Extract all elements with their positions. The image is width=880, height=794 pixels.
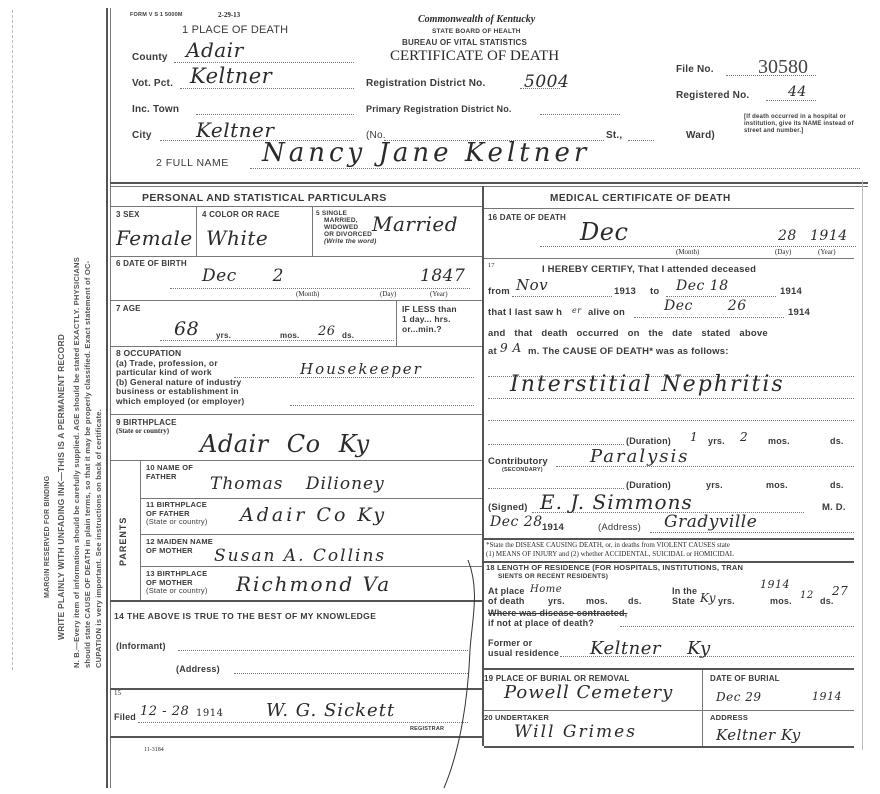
color-value: White xyxy=(206,226,268,250)
full-name-label: 2 FULL NAME xyxy=(156,157,229,169)
sex-value: Female xyxy=(116,226,193,250)
primary-reg-label: Primary Registration District No. xyxy=(366,104,512,114)
father-label: 10 NAME OF FATHER xyxy=(146,464,193,481)
mother-value: Susan A. Collins xyxy=(214,546,386,566)
full-name-line xyxy=(250,168,860,169)
in-state-label-line-2: State xyxy=(672,596,697,606)
contributory-value: Paralysis xyxy=(590,446,690,467)
burial-date-divider xyxy=(702,670,703,746)
medical-heading: MEDICAL CERTIFICATE OF DEATH xyxy=(550,193,731,204)
filed-year: 1914 xyxy=(196,708,223,719)
file-no-value: 30580 xyxy=(758,56,808,79)
dob-line xyxy=(170,288,470,289)
in-state-label: In the State xyxy=(672,586,697,606)
undertaker-address-label: ADDRESS xyxy=(710,713,748,722)
ward-line xyxy=(628,140,654,141)
alive-on-label: alive on xyxy=(588,307,625,318)
ward-label: Ward) xyxy=(686,130,715,141)
from-value: Nov xyxy=(516,276,548,294)
mother-label-line-2: OF MOTHER xyxy=(146,547,213,556)
burial-date-value: Dec 29 xyxy=(716,690,762,704)
physician-address-label: (Address) xyxy=(598,522,641,533)
row-rule-father xyxy=(140,498,482,499)
signed-year: 1914 xyxy=(542,522,564,533)
color-marital-divider xyxy=(312,206,313,256)
to-label: to xyxy=(650,286,659,297)
duration-2-ds-caption: ds. xyxy=(830,480,844,490)
at-label: at xyxy=(488,346,497,357)
filed-line xyxy=(138,722,468,723)
row-rule-dob xyxy=(110,300,482,301)
birthplace-value: Adair Co Ky xyxy=(200,430,370,458)
row-rule-signed xyxy=(484,538,854,540)
at-place-mos: mos. xyxy=(586,596,608,606)
secondary-label: (SECONDARY) xyxy=(502,467,543,473)
from-year: 1913 xyxy=(614,286,636,297)
father-birthplace-value: Adair Co Ky xyxy=(240,504,387,526)
row-rule-age xyxy=(110,346,482,347)
row-rule-occupation xyxy=(110,414,482,415)
medical-heading-rule xyxy=(484,208,854,209)
contracted-label: Where was disease contracted, if not at … xyxy=(488,608,627,628)
hospital-note: [If death occurred in a hospital or inst… xyxy=(744,114,854,135)
occupation-b-line xyxy=(290,405,474,406)
stray-pen-line xyxy=(440,560,500,790)
registrar-signature: W. G. Sickett xyxy=(266,700,395,721)
age-years: 68 xyxy=(174,318,199,340)
margin-instructions-line-1: N. B.—Every item of information should b… xyxy=(72,257,81,668)
duration-mos-caption: mos. xyxy=(768,436,790,446)
father-value: Thomas Dilioney xyxy=(210,474,385,494)
right-border xyxy=(862,180,863,750)
footnote-line-2: (1) MEANS OF INJURY and (2) whether ACCI… xyxy=(486,550,734,559)
in-state-mos-caption: mos. xyxy=(770,596,792,606)
dod-day-caption: (Day) xyxy=(775,248,791,256)
in-state-mos: 12 xyxy=(800,590,814,601)
margin-instructions-line-2: should state CAUSE OF DEATH in plain ter… xyxy=(83,261,92,668)
from-line xyxy=(512,296,612,297)
margin-instructions-line-3: CUPATION is very important. See instruct… xyxy=(94,409,103,668)
binding-margin: MARGIN RESERVED FOR BINDING WRITE PLAINL… xyxy=(0,0,108,794)
address-line xyxy=(234,673,468,674)
dod-year: 1914 xyxy=(810,228,848,244)
bureau-heading: BUREAU OF VITAL STATISTICS xyxy=(402,38,527,47)
former-residence-value: Keltner Ky xyxy=(590,638,711,659)
dob-year: 1847 xyxy=(420,266,465,286)
duration-yrs-caption: yrs. xyxy=(708,436,725,446)
marital-label-divorced: OR DIVORCED xyxy=(316,231,377,238)
primary-reg-line xyxy=(540,114,620,115)
at-time: 9 A xyxy=(500,341,522,355)
parents-label: PARENTS xyxy=(118,517,128,566)
mother-birthplace-label: 13 BIRTHPLACE OF MOTHER (State or countr… xyxy=(146,570,208,596)
filed-number: 15 xyxy=(114,689,121,697)
county-value: Adair xyxy=(186,38,244,62)
duration-label: (Duration) xyxy=(626,436,671,446)
file-no-label: File No. xyxy=(676,64,714,75)
alive-on-value: Dec 26 xyxy=(664,298,747,314)
address-label: (Address) xyxy=(176,664,220,674)
duration-ds-caption: ds. xyxy=(830,436,844,446)
dod-year-caption: (Year) xyxy=(818,248,836,256)
in-state-yrs-caption: yrs. xyxy=(718,596,735,606)
margin-dashed-line xyxy=(12,10,13,670)
at-place-ds: ds. xyxy=(628,596,642,606)
duration-years: 1 xyxy=(690,430,698,444)
duration-months: 2 xyxy=(740,430,748,444)
row-rule-informant xyxy=(110,688,482,690)
birthplace-sublabel: (State or country) xyxy=(116,427,169,435)
father-bp-label-line-3: (State or country) xyxy=(146,518,208,527)
md-label: M. D. xyxy=(822,502,846,513)
occurred-text: and that death occurred on the date stat… xyxy=(488,328,768,339)
left-border xyxy=(106,8,108,788)
cert-number: 17 xyxy=(488,262,495,269)
duration-line-1 xyxy=(488,444,624,445)
margin-reserved-text: MARGIN RESERVED FOR BINDING xyxy=(44,476,51,598)
dob-label: 6 DATE OF BIRTH xyxy=(116,259,187,268)
last-saw-her: er xyxy=(572,306,582,315)
full-name-value: Nancy Jane Keltner xyxy=(262,138,590,168)
father-label-line-2: FATHER xyxy=(146,473,193,482)
age-mos-caption: mos. xyxy=(280,331,299,340)
duration-2-yrs-caption: yrs. xyxy=(706,480,723,490)
in-state-year: 1914 xyxy=(760,578,790,591)
burial-place-value: Powell Cemetery xyxy=(504,682,673,703)
row-rule-burial xyxy=(484,710,854,711)
occupation-b-line-3: which employed (or employer) xyxy=(116,397,244,407)
parents-divider xyxy=(140,460,141,600)
inc-town-line xyxy=(196,114,354,115)
dod-day: 28 xyxy=(778,228,797,244)
physician-signature: E. J. Simmons xyxy=(540,490,693,514)
at-place-yrs: yrs. xyxy=(548,596,565,606)
printer-number: 11-3184 xyxy=(144,747,164,753)
reg-district-label: Registration District No. xyxy=(366,78,485,89)
full-name-divider-2 xyxy=(110,186,868,187)
state-board-heading: STATE BOARD OF HEALTH xyxy=(432,28,521,35)
duration-line-2 xyxy=(488,488,624,489)
form-number: FORM V S 1 5000M xyxy=(130,12,183,18)
last-saw-label: that I last saw h xyxy=(488,307,562,318)
sex-color-divider xyxy=(196,206,197,256)
dob-month-caption: (Month) xyxy=(296,290,319,298)
burial-date-label: DATE OF BURIAL xyxy=(710,674,780,683)
footnote-line-1: *State the DISEASE CAUSING DEATH, or, in… xyxy=(486,541,734,550)
margin-permanent-record-text: WRITE PLAINLY WITH UNFADING INK—THIS IS … xyxy=(56,334,66,640)
contracted-label-line-1: Where was disease contracted, xyxy=(488,608,627,618)
sex-label: 3 SEX xyxy=(116,210,140,219)
cause-text: m. The CAUSE OF DEATH* was as follows: xyxy=(528,346,729,357)
county-line xyxy=(174,62,354,63)
informant-label: (Informant) xyxy=(116,641,166,651)
left-border-inner xyxy=(110,8,111,788)
marital-label: 5 SINGLE MARRIED, WIDOWED OR DIVORCED (W… xyxy=(316,210,377,245)
informant-line xyxy=(178,650,468,651)
marital-label-widowed: WIDOWED xyxy=(316,224,377,231)
row-rule-filed xyxy=(110,736,482,738)
residence-heading-line-2: SIENTS OR RECENT RESIDENTS) xyxy=(486,573,743,582)
duration-2-mos-caption: mos. xyxy=(766,480,788,490)
dob-month-day: Dec 2 xyxy=(202,266,284,286)
form-date: 2-29-13 xyxy=(218,11,240,19)
cause-line-3 xyxy=(488,420,854,421)
certificate-title: CERTIFICATE OF DEATH xyxy=(390,48,559,65)
contributory-label: Contributory xyxy=(488,456,548,467)
filed-label: Filed xyxy=(114,712,136,722)
city-label: City xyxy=(132,130,152,141)
true-statement-label: 14 THE ABOVE IS TRUE TO THE BEST OF MY K… xyxy=(114,611,376,621)
dod-month: Dec xyxy=(580,218,628,246)
mother-bp-label-line-3: (State or country) xyxy=(146,587,208,596)
to-year: 1914 xyxy=(780,286,802,297)
vot-pct-label: Vot. Pct. xyxy=(132,78,173,89)
physician-address-value: Gradyville xyxy=(664,512,757,532)
alive-on-line xyxy=(634,317,784,318)
dob-day-caption: (Day) xyxy=(380,290,396,298)
age-yrs-caption: yrs. xyxy=(216,331,231,340)
row-rule-sex xyxy=(110,256,482,257)
marital-label-single: 5 SINGLE xyxy=(316,210,377,217)
registered-no-label: Registered No. xyxy=(676,90,749,101)
cause-line-2 xyxy=(488,398,854,399)
personal-heading: PERSONAL AND STATISTICAL PARTICULARS xyxy=(142,192,387,204)
row-rule-undertaker xyxy=(484,746,854,748)
undertaker-address-value: Keltner Ky xyxy=(716,726,801,744)
residence-heading-line-1: 18 LENGTH OF RESIDENCE (FOR HOSPITALS, I… xyxy=(486,564,743,573)
occupation-value: Housekeeper xyxy=(300,360,423,378)
undertaker-value: Will Grimes xyxy=(514,722,637,742)
cause-value: Interstitial Nephritis xyxy=(510,372,785,397)
at-place-value: Home xyxy=(530,584,562,595)
contracted-label-line-2: if not at place of death? xyxy=(488,618,627,628)
marital-value: Married xyxy=(372,212,458,236)
certify-text: I HEREBY CERTIFY, That I attended deceas… xyxy=(542,264,756,275)
dod-month-caption: (Month) xyxy=(676,248,699,256)
row-rule-mother-bp xyxy=(110,600,482,602)
dob-year-caption: (Year) xyxy=(430,290,448,298)
less-than-line-1: IF LESS than xyxy=(402,304,457,314)
row-rule-birthplace xyxy=(110,460,482,461)
cause-footnote: *State the DISEASE CAUSING DEATH, or, in… xyxy=(486,541,734,559)
to-line xyxy=(666,296,776,297)
personal-heading-rule xyxy=(110,206,482,207)
dod-label: 16 DATE OF DEATH xyxy=(488,213,566,222)
commonwealth-heading: Commonwealth of Kentucky xyxy=(418,14,535,25)
county-label: County xyxy=(132,52,168,63)
reg-district-value: 5004 xyxy=(524,72,569,92)
contracted-line xyxy=(620,626,854,627)
marital-label-write: (Write the word) xyxy=(316,238,377,245)
color-label: 4 COLOR OR RACE xyxy=(202,210,280,219)
signed-label: (Signed) xyxy=(488,502,528,513)
in-state-value: Ky xyxy=(700,591,716,605)
to-value: Dec 18 xyxy=(676,278,729,294)
marital-label-married: MARRIED, xyxy=(316,217,377,224)
dod-line xyxy=(540,246,856,247)
filed-date: 12 - 28 xyxy=(140,704,189,719)
mother-label: 12 MAIDEN NAME OF MOTHER xyxy=(146,538,213,555)
alive-year: 1914 xyxy=(788,307,810,318)
st-label: St., xyxy=(606,130,622,141)
age-label: 7 AGE xyxy=(116,304,141,313)
row-rule-residence xyxy=(484,668,854,670)
mother-birthplace-value: Richmond Va xyxy=(236,572,391,596)
residence-heading: 18 LENGTH OF RESIDENCE (FOR HOSPITALS, I… xyxy=(486,564,743,581)
registered-no-line xyxy=(766,100,816,101)
age-days: 26 xyxy=(318,324,336,339)
in-state-ds: 27 xyxy=(832,584,848,598)
place-of-death-heading: 1 PLACE OF DEATH xyxy=(182,24,288,36)
signed-date: Dec 28 xyxy=(490,514,543,530)
row-rule-father-bp xyxy=(140,534,482,535)
birthplace-label: 9 BIRTHPLACE xyxy=(116,418,177,427)
duration-2-label: (Duration) xyxy=(626,480,671,490)
row-rule-mother xyxy=(140,566,482,567)
from-label: from xyxy=(488,286,510,297)
burial-year: 1914 xyxy=(812,690,842,703)
full-name-divider xyxy=(110,182,868,184)
less-than-line-2: 1 day... hrs. xyxy=(402,314,457,324)
in-state-label-line-1: In the xyxy=(672,586,697,596)
occupation-labels: 8 OCCUPATION (a) Trade, profession, or p… xyxy=(116,349,244,406)
father-birthplace-label: 11 BIRTHPLACE OF FATHER (State or countr… xyxy=(146,501,208,527)
age-ds-caption: ds. xyxy=(342,331,354,340)
less-than-line-3: or...min.? xyxy=(402,324,457,334)
physician-address-line xyxy=(650,532,854,533)
vot-pct-line xyxy=(180,88,354,89)
registered-no-value: 44 xyxy=(788,84,807,100)
inc-town-label: Inc. Town xyxy=(132,104,179,115)
row-rule-dod xyxy=(484,258,854,259)
vot-pct-value: Keltner xyxy=(190,64,272,88)
age-less-than-divider xyxy=(396,300,397,346)
less-than-label: IF LESS than 1 day... hrs. or...min.? xyxy=(402,304,457,334)
age-line xyxy=(160,340,394,341)
